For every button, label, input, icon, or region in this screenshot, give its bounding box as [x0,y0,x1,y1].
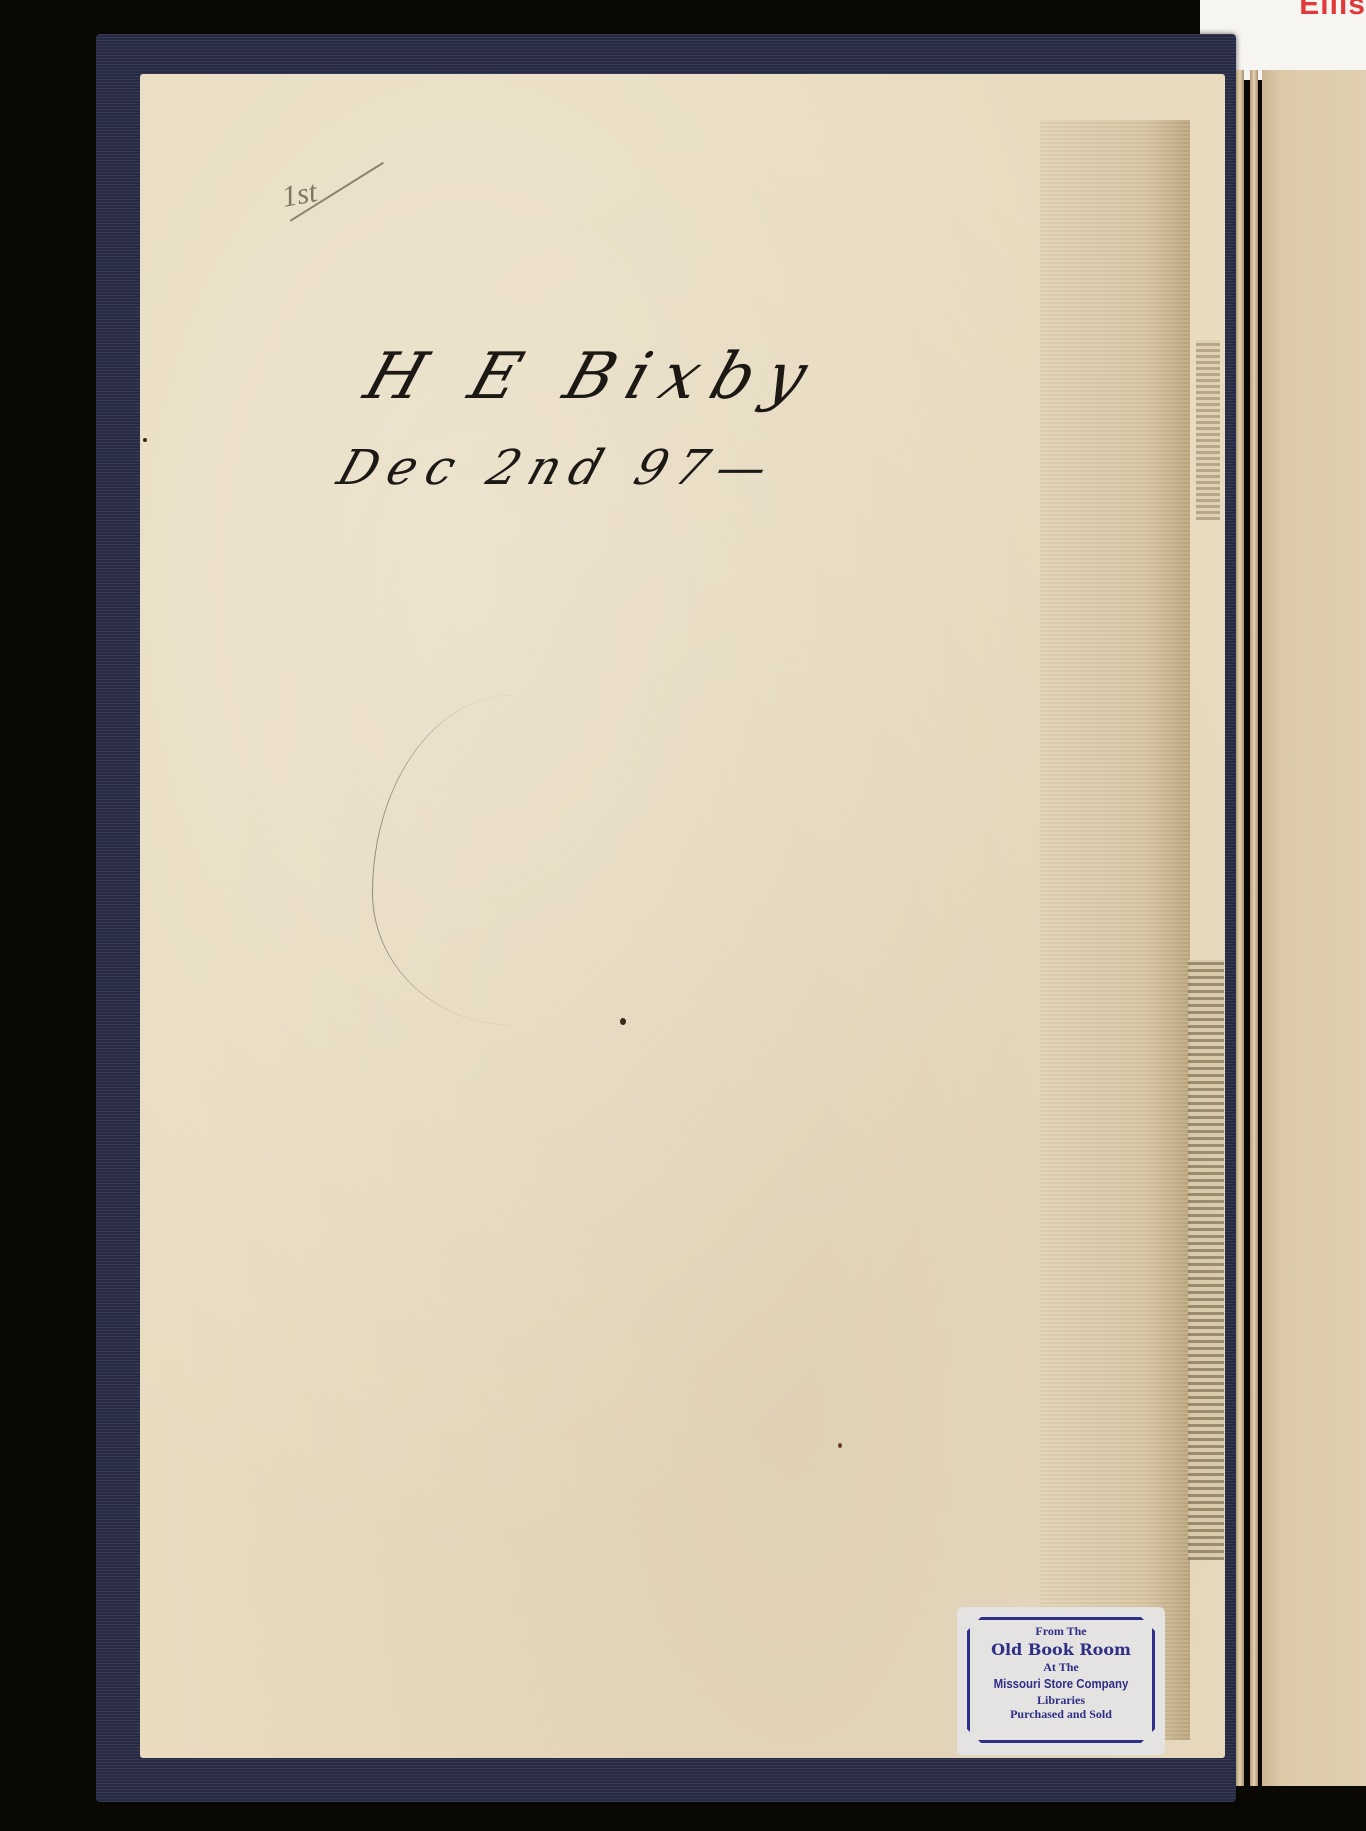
label-line: At The [971,1661,1151,1675]
ink-spot [143,438,147,442]
owner-signature: H E Bixby [356,340,830,414]
label-company: Missouri Store Company [982,1677,1140,1692]
bookseller-label: From The Old Book Room At The Missouri S… [957,1607,1165,1755]
corner-label: Ellis [1299,0,1366,22]
facing-page-edge [1262,70,1366,1786]
inscription-date: Dec 2nd 97— [331,440,785,496]
page-edge-strip [1236,70,1244,1786]
label-text: From The Old Book Room At The Missouri S… [971,1625,1151,1722]
label-shop-name: Old Book Room [971,1641,1151,1659]
label-line: Purchased and Sold [971,1708,1151,1722]
label-line: From The [971,1625,1151,1639]
hinge-mesh-upper [1196,340,1220,520]
endpaper-hinge-fold [1040,120,1190,1740]
hinge-mesh-torn [1188,960,1224,1560]
pencil-note: 1st [279,175,319,215]
label-line: Libraries [971,1694,1151,1708]
ink-spot [620,1018,626,1025]
ink-spot [838,1443,842,1448]
page-edge-strip [1250,70,1258,1786]
